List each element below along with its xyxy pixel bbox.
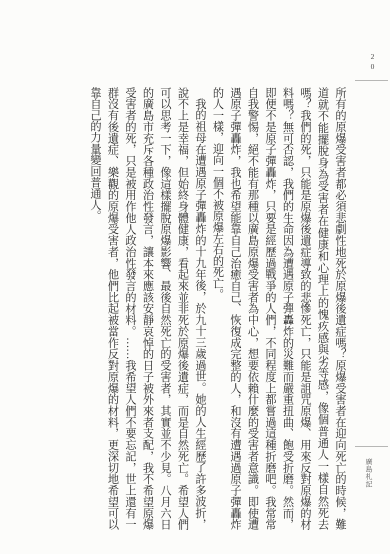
paragraph: 所有的原爆受害者都必須悲劇性地死於原爆後遺症嗎？原爆受害者在迎向死亡的時候，難道… bbox=[208, 87, 348, 530]
page-number: 20 bbox=[368, 52, 377, 72]
body-text: 所有的原爆受害者都必須悲劇性地死於原爆後遺症嗎？原爆受害者在迎向死亡的時候，難道… bbox=[82, 87, 348, 530]
page-number-rule bbox=[355, 80, 388, 81]
paragraph: 我的祖母在遭遇原子彈轟炸的十九年後，於九十三歲過世。她的人生經歷了許多波折，說不… bbox=[86, 87, 209, 530]
running-title: 廣島札記 bbox=[364, 458, 374, 488]
running-title-rule bbox=[355, 446, 388, 447]
book-page: 20 所有的原爆受害者都必須悲劇性地死於原爆後遺症嗎？原爆受害者在迎向死亡的時候… bbox=[0, 0, 390, 554]
